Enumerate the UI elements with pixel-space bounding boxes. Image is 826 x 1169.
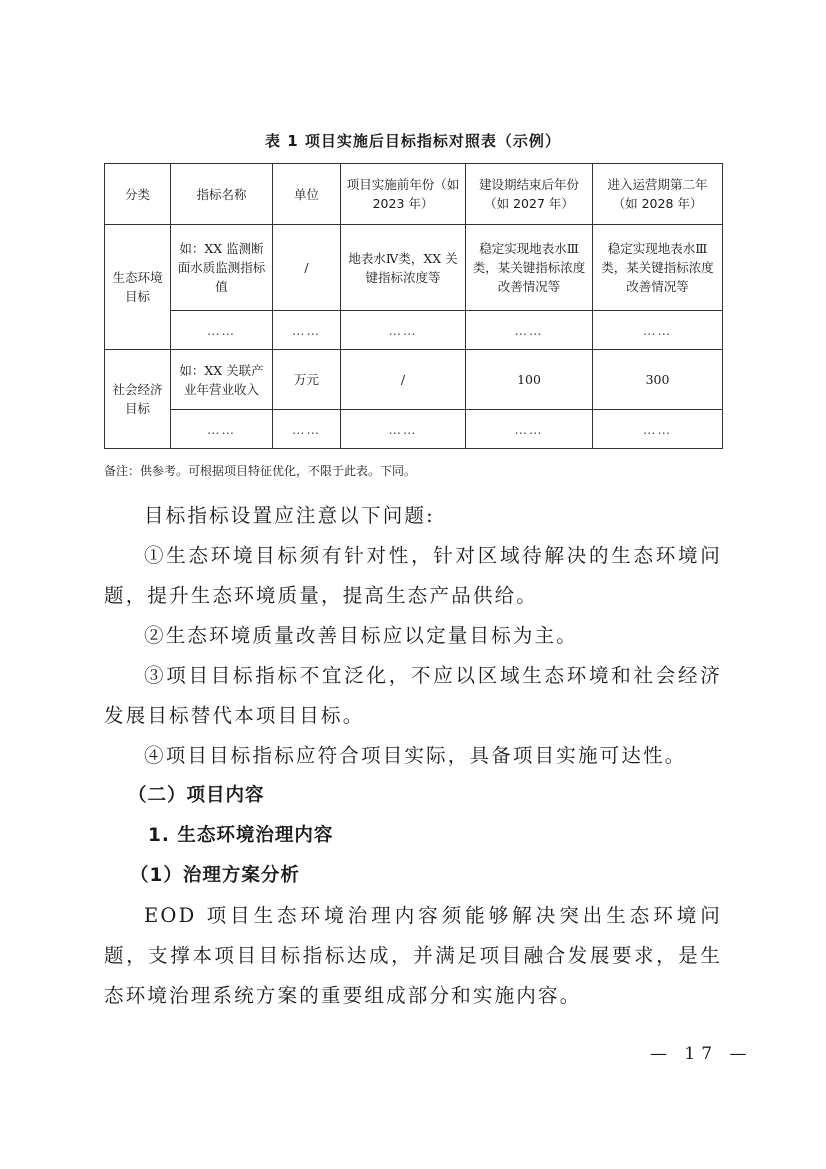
point-1: ①生态环境目标须有针对性，针对区域待解决的生态环境问题，提升生态环境质量，提高生… — [104, 536, 722, 616]
page-number: — 17 — — [650, 1044, 752, 1064]
cell-indicator: 如：XX 关联产业年营业收入 — [171, 350, 273, 410]
table-header-row: 分类 指标名称 单位 项目实施前年份（如 2023 年） 建设期结束后年份（如 … — [105, 164, 723, 225]
cell-after-build: …… — [466, 311, 593, 350]
cell-after-build: 稳定实现地表水Ⅲ类，某关键指标浓度改善情况等 — [466, 225, 593, 311]
subsection-heading: 1. 生态环境治理内容 — [104, 816, 722, 856]
intro-paragraph: 目标指标设置应注意以下问题: — [104, 496, 722, 536]
table-row: …… …… …… …… …… — [105, 410, 723, 449]
cell-unit: …… — [273, 410, 341, 449]
point-4: ④项目目标指标应符合项目实际，具备项目实施可达性。 — [104, 736, 722, 776]
cell-indicator: …… — [171, 311, 273, 350]
cell-unit: / — [273, 225, 341, 311]
cell-indicator: …… — [171, 410, 273, 449]
cell-unit: …… — [273, 311, 341, 350]
header-after-build: 建设期结束后年份（如 2027 年） — [466, 164, 593, 225]
header-op-year2: 进入运营期第二年（如 2028 年） — [593, 164, 723, 225]
section-heading: （二）项目内容 — [104, 776, 722, 816]
cell-op-year2: 300 — [593, 350, 723, 410]
cell-after-build: 100 — [466, 350, 593, 410]
target-indicator-table: 分类 指标名称 单位 项目实施前年份（如 2023 年） 建设期结束后年份（如 … — [104, 163, 723, 449]
document-body: 目标指标设置应注意以下问题: ①生态环境目标须有针对性，针对区域待解决的生态环境… — [104, 496, 722, 1016]
point-3: ③项目目标指标不宜泛化，不应以区域生态环境和社会经济发展目标替代本项目目标。 — [104, 656, 722, 736]
cell-op-year2: …… — [593, 311, 723, 350]
point-2: ②生态环境质量改善目标应以定量目标为主。 — [104, 616, 722, 656]
cell-before: / — [341, 350, 466, 410]
body-paragraph: EOD 项目生态环境治理内容须能够解决突出生态环境问题，支撑本项目目标指标达成，… — [104, 896, 722, 1016]
cell-before: 地表水Ⅳ类，XX 关键指标浓度等 — [341, 225, 466, 311]
header-unit: 单位 — [273, 164, 341, 225]
header-indicator: 指标名称 — [171, 164, 273, 225]
header-category: 分类 — [105, 164, 171, 225]
sub-subsection-heading: （1）治理方案分析 — [104, 856, 722, 896]
table-note: 备注：供参考。可根据项目特征优化，不限于此表。下同。 — [104, 462, 416, 479]
table-row: …… …… …… …… …… — [105, 311, 723, 350]
header-before: 项目实施前年份（如 2023 年） — [341, 164, 466, 225]
table-row: 社会经济目标 如：XX 关联产业年营业收入 万元 / 100 300 — [105, 350, 723, 410]
cell-op-year2: 稳定实现地表水Ⅲ类，某关键指标浓度改善情况等 — [593, 225, 723, 311]
cell-before: …… — [341, 410, 466, 449]
cell-after-build: …… — [466, 410, 593, 449]
cell-before: …… — [341, 311, 466, 350]
cell-indicator: 如：XX 监测断面水质监测指标值 — [171, 225, 273, 311]
cell-op-year2: …… — [593, 410, 723, 449]
table-title: 表 1 项目实施后目标指标对照表（示例） — [0, 130, 826, 151]
table-row: 生态环境目标 如：XX 监测断面水质监测指标值 / 地表水Ⅳ类，XX 关键指标浓… — [105, 225, 723, 311]
cell-unit: 万元 — [273, 350, 341, 410]
cell-category: 社会经济目标 — [105, 350, 171, 449]
cell-category: 生态环境目标 — [105, 225, 171, 350]
